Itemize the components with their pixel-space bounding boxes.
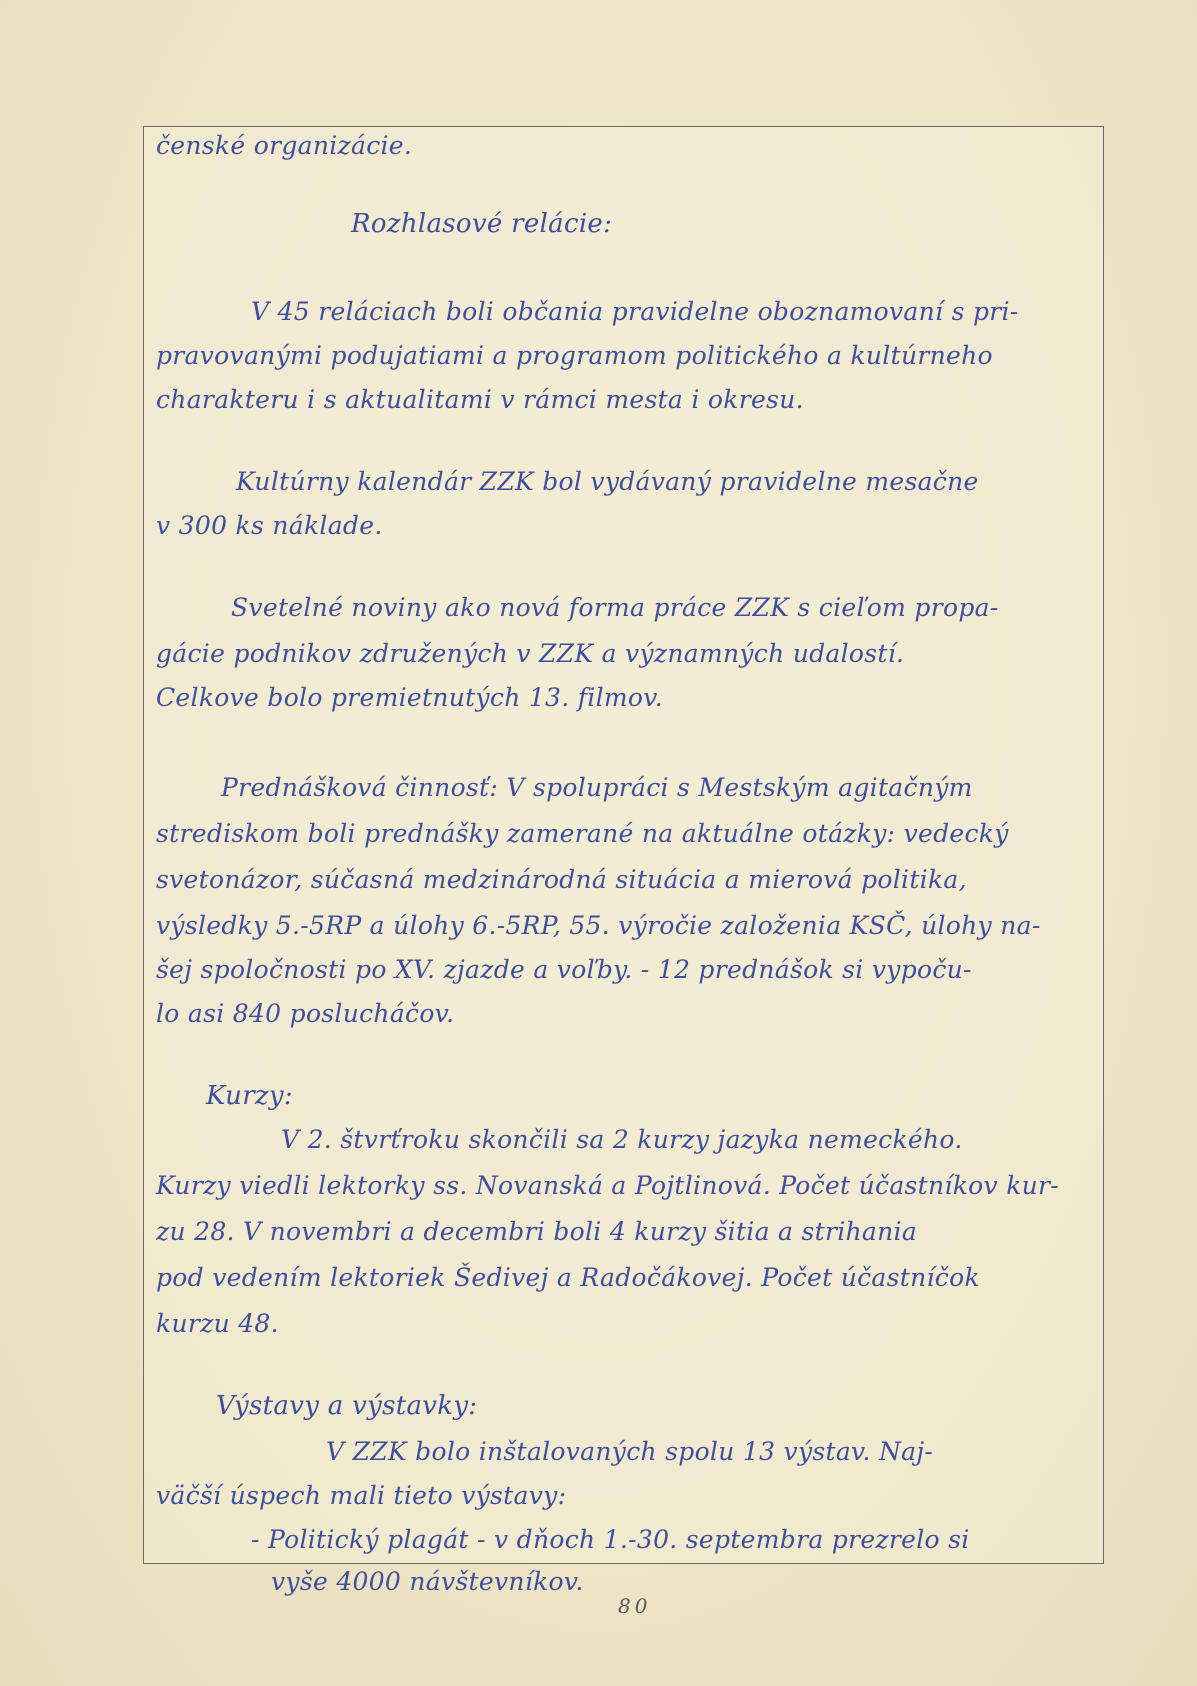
text-line: pod vedením lektoriek Šedivej a Radočáko… bbox=[156, 1263, 980, 1292]
section-heading: Výstavy a výstavky: bbox=[216, 1391, 477, 1421]
text-line: gácie podnikov združených v ZZK a význam… bbox=[156, 639, 904, 668]
section-heading: Rozhlasové relácie: bbox=[351, 209, 612, 239]
handwritten-text: čenské organizácie.Rozhlasové relácie:V … bbox=[144, 127, 1103, 1563]
text-line: väčší úspech mali tieto výstavy: bbox=[156, 1481, 566, 1510]
page-number: 80 bbox=[618, 1594, 651, 1618]
text-line: šej spoločnosti po XV. zjazde a voľby. -… bbox=[156, 955, 972, 984]
text-line: V 45 reláciach boli občania pravidelne o… bbox=[251, 297, 1019, 326]
text-line: čenské organizácie. bbox=[156, 131, 412, 160]
text-line: Kultúrny kalendár ZZK bol vydávaný pravi… bbox=[236, 467, 979, 496]
text-line: strediskom boli prednášky zamerané na ak… bbox=[156, 819, 1009, 848]
text-line: V 2. štvrťroku skončili sa 2 kurzy jazyk… bbox=[281, 1125, 963, 1154]
text-line: - Politický plagát - v dňoch 1.-30. sept… bbox=[251, 1525, 970, 1554]
text-line: svetonázor, súčasná medzinárodná situáci… bbox=[156, 865, 967, 894]
text-line: pravovanými podujatiami a programom poli… bbox=[156, 341, 993, 370]
text-line: lo asi 840 poslucháčov. bbox=[156, 999, 454, 1028]
text-line: kurzu 48. bbox=[156, 1309, 279, 1338]
text-line: zu 28. V novembri a decembri boli 4 kurz… bbox=[156, 1217, 917, 1246]
page-frame: čenské organizácie.Rozhlasové relácie:V … bbox=[143, 126, 1104, 1564]
text-line: Celkove bolo premietnutých 13. filmov. bbox=[156, 683, 663, 712]
text-line: výsledky 5.-5RP a úlohy 6.-5RP, 55. výro… bbox=[156, 911, 1041, 940]
text-line: Svetelné noviny ako nová forma práce ZZK… bbox=[231, 593, 999, 622]
text-line: v 300 ks náklade. bbox=[156, 511, 383, 540]
text-line: Prednášková činnosť: V spolupráci s Mest… bbox=[221, 773, 973, 802]
text-line: charakteru i s aktualitami v rámci mesta… bbox=[156, 385, 804, 414]
text-line: vyše 4000 návštevníkov. bbox=[271, 1567, 584, 1596]
text-line: V ZZK bolo inštalovaných spolu 13 výstav… bbox=[326, 1437, 933, 1466]
text-line: Kurzy viedli lektorky ss. Novanská a Poj… bbox=[156, 1171, 1059, 1200]
section-heading: Kurzy: bbox=[206, 1081, 293, 1111]
